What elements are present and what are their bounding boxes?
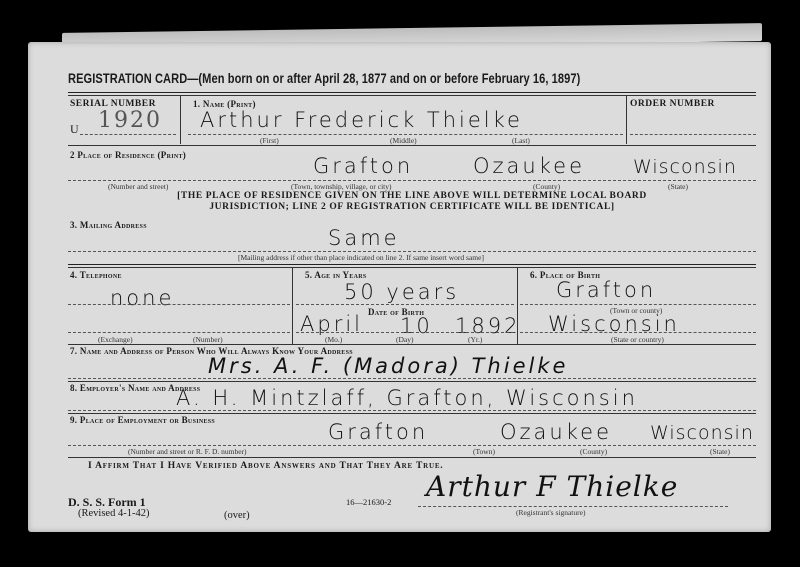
telephone-line (68, 332, 290, 333)
telephone-value: none (110, 286, 174, 310)
birthplace-town: Grafton (556, 278, 656, 302)
sublabel-month: (Mo.) (325, 335, 342, 344)
dob-year: 1892 (455, 314, 520, 338)
serial-prefix: U (70, 122, 79, 137)
sublabel-exchange: (Exchange) (98, 335, 133, 344)
residence-county: Ozaukee (473, 154, 585, 178)
signature-line (418, 506, 728, 507)
signature-label: (Registrant's signature) (516, 508, 585, 517)
birthplace-line (520, 332, 756, 333)
contact-line (68, 378, 756, 379)
employment-town: Grafton (328, 420, 428, 444)
sublabel-street: (Number and street) (108, 182, 168, 191)
order-line (630, 134, 756, 135)
sublabel-emp-state: (State) (710, 447, 730, 456)
notice-line-2: JURISDICTION; LINE 2 OF REGISTRATION CER… (68, 202, 756, 213)
employment-label: 9. Place of Employment or Business (70, 415, 215, 425)
age-line (296, 304, 514, 305)
age-value: 50 years (344, 280, 459, 304)
sublabel-day: (Day) (396, 335, 414, 344)
dob-line (296, 332, 514, 333)
birthplace-line (520, 304, 756, 305)
divider (68, 344, 756, 345)
affirmation-text: I Affirm That I Have Verified Above Answ… (88, 461, 443, 471)
mailing-note: [Mailing address if other than place ind… (238, 253, 484, 262)
sublabel-state: (State) (668, 182, 688, 191)
mailing-label: 3. Mailing Address (70, 220, 147, 230)
notice-line-1: [THE PLACE OF RESIDENCE GIVEN ON THE LIN… (68, 191, 756, 202)
sublabel-county: (County) (533, 182, 560, 191)
mailing-line (68, 251, 756, 252)
divider (68, 457, 756, 458)
sublabel-year: (Yr.) (468, 335, 482, 344)
sublabel-last: (Last) (512, 136, 530, 145)
divider (517, 268, 518, 344)
sublabel-emp-street: (Number and street or R. F. D. number) (128, 447, 247, 456)
telephone-line (68, 304, 290, 305)
telephone-label: 4. Telephone (70, 270, 122, 280)
employer-line (68, 410, 756, 411)
sublabel-birth-state: (State or country) (611, 335, 664, 344)
registration-card: REGISTRATION CARD—(Men born on or after … (28, 42, 771, 532)
registrant-signature: Arthur F Thielke (426, 470, 678, 503)
divider (68, 95, 756, 96)
employment-county: Ozaukee (500, 420, 612, 444)
sublabel-town: (Town, township, village, or city) (291, 182, 392, 191)
age-label: 5. Age in Years (305, 270, 367, 280)
serial-number-value: 1920 (98, 108, 162, 133)
residence-label: 2 Place of Residence (Print) (70, 150, 186, 160)
divider (626, 96, 627, 144)
jurisdiction-notice: [THE PLACE OF RESIDENCE GIVEN ON THE LIN… (68, 191, 756, 213)
residence-town: Grafton (313, 154, 413, 178)
divider (68, 413, 756, 414)
name-value: Arthur Frederick Thielke (200, 108, 523, 132)
contact-value: Mrs. A. F. (Madora) Thielke (208, 354, 568, 378)
sublabel-middle: (Middle) (390, 136, 417, 145)
serial-line (80, 134, 176, 135)
divider (68, 145, 756, 146)
name-line (188, 134, 623, 135)
sublabel-emp-town: (Town) (473, 447, 495, 456)
print-code: 16—21630-2 (346, 497, 391, 507)
employer-value: A. H. Mintzlaff, Grafton, Wisconsin (176, 386, 638, 410)
divider (292, 268, 293, 344)
residence-state: Wisconsin (633, 156, 737, 178)
over-note: (over) (224, 510, 250, 521)
sublabel-emp-county: (County) (580, 447, 607, 456)
residence-line (68, 180, 756, 181)
divider (68, 267, 756, 268)
mailing-value: Same (328, 226, 400, 250)
order-number-label: ORDER NUMBER (630, 99, 715, 109)
sublabel-number: (Number) (193, 335, 223, 344)
card-title: REGISTRATION CARD—(Men born on or after … (68, 71, 580, 86)
divider (68, 381, 756, 382)
employment-line (68, 445, 756, 446)
sublabel-first: (First) (260, 136, 279, 145)
divider (180, 96, 181, 144)
form-revised: (Revised 4-1-42) (78, 508, 149, 519)
divider (68, 264, 756, 265)
employment-state: Wisconsin (650, 422, 754, 444)
divider (68, 92, 756, 93)
